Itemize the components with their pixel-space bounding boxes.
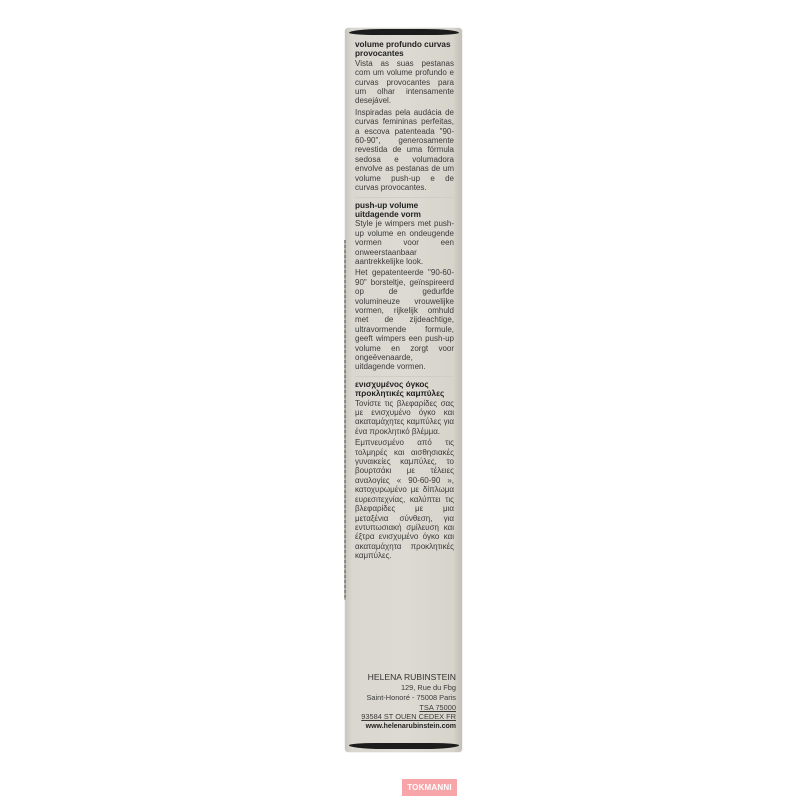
section-paragraph: Τονίστε τις βλεφαρίδες σας με ενισχυμένο… [355, 399, 454, 437]
section-paragraph: Vista as suas pestanas com um volume pro… [355, 59, 454, 106]
section-paragraph: Het gepatenteerde "90-60-90" borsteltje,… [355, 268, 454, 371]
address-line: Saint-Honoré - 75008 Paris [352, 693, 456, 703]
box-bottom-edge [349, 743, 459, 749]
website-link: www.helenarubinstein.com [352, 722, 456, 732]
address-line: TSA 75000 [352, 703, 456, 713]
section-paragraph: Style je wimpers met push-up volume en o… [355, 219, 454, 266]
section-portuguese: volume profundo curvas provocantes Vista… [355, 40, 454, 193]
section-greek: ενισχυμένος όγκος προκλητικές καμπύλες Τ… [355, 376, 454, 561]
box-top-edge [349, 29, 459, 35]
section-heading: push-up volume uitdagende vorm [355, 201, 454, 220]
box-text-panel: volume profundo curvas provocantes Vista… [355, 40, 454, 565]
address-line: 129, Rue du Fbg [352, 683, 456, 693]
section-paragraph: Inspiradas pela audácia de curvas femini… [355, 108, 454, 193]
section-heading: volume profundo curvas provocantes [355, 40, 454, 59]
section-dutch: push-up volume uitdagende vorm Style je … [355, 197, 454, 372]
tokmanni-logo: TOKMANNI [402, 779, 457, 796]
brand-name: HELENA RUBINSTEIN [352, 672, 456, 683]
box-side-strip [344, 240, 346, 600]
section-paragraph: Εμπνευσμένο από τις τολμηρές και αισθησι… [355, 438, 454, 560]
section-heading: ενισχυμένος όγκος προκλητικές καμπύλες [355, 380, 454, 399]
address-line: 93584 ST OUEN CEDEX FR [352, 712, 456, 722]
manufacturer-address: HELENA RUBINSTEIN 129, Rue du Fbg Saint-… [352, 672, 456, 732]
